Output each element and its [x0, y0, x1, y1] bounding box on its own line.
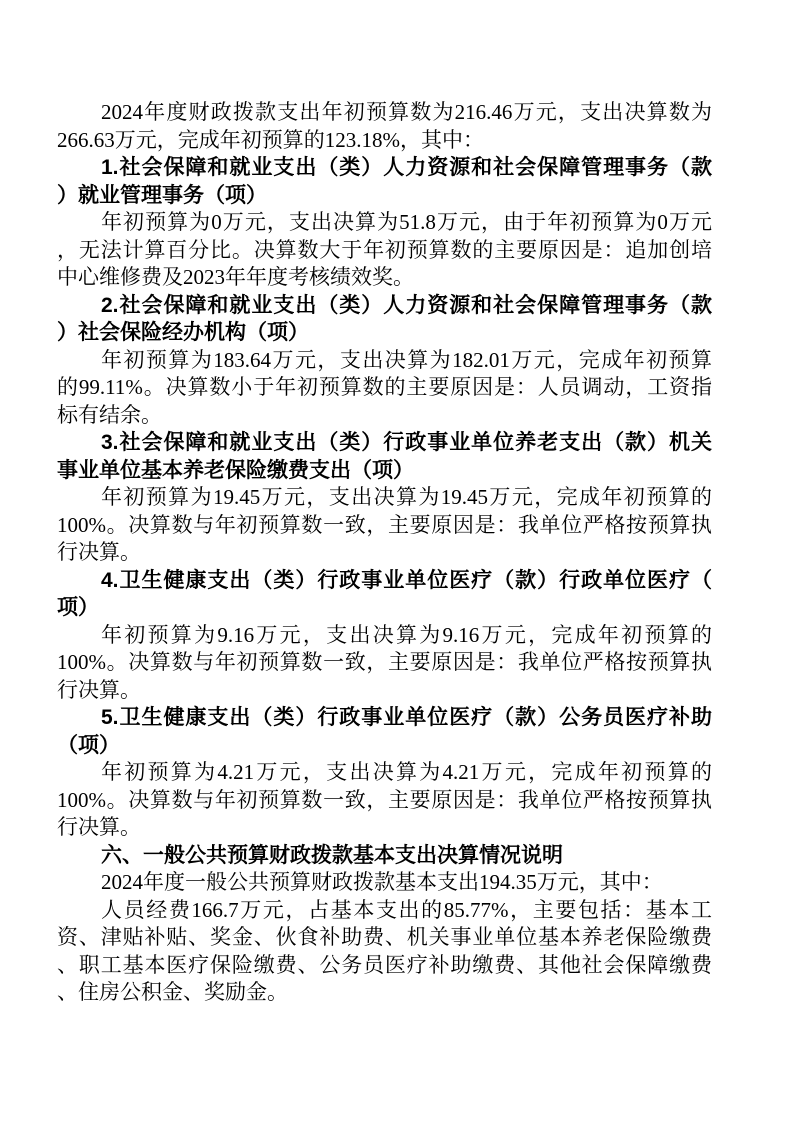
text-line: 100%。决算数与年初预算数一致，主要原因是：我单位严格按预算执: [57, 649, 712, 677]
text-line: 年初预算为183.64万元，支出决算为182.01万元，完成年初预算: [57, 347, 712, 375]
section-heading: 六、一般公共预算财政拨款基本支出决算情况说明: [57, 842, 712, 870]
section-heading: 4.卫生健康支出（类）行政事业单位医疗（款）行政单位医疗（项）: [57, 567, 712, 622]
text-line: 100%。决算数与年初预算数一致，主要原因是：我单位严格按预算执: [57, 512, 712, 540]
section-heading: 3.社会保障和就业支出（类）行政事业单位养老支出（款）机关事业单位基本养老保险缴…: [57, 429, 712, 484]
section-heading: 1.社会保障和就业支出（类）人力资源和社会保障管理事务（款）就业管理事务（项）: [57, 154, 712, 209]
text-line: 4.卫生健康支出（类）行政事业单位医疗（款）行政单位医疗（: [57, 567, 712, 595]
text-line: 标有结余。: [57, 402, 712, 430]
text-line: 266.63万元，完成年初预算的123.18%，其中：: [57, 127, 712, 155]
paragraph: 年初预算为19.45万元，支出决算为19.45万元，完成年初预算的100%。决算…: [57, 484, 712, 567]
text-line: ，无法计算百分比。决算数大于年初预算数的主要原因是：追加创培: [57, 237, 712, 265]
paragraph: 年初预算为4.21万元，支出决算为4.21万元，完成年初预算的100%。决算数与…: [57, 759, 712, 842]
text-line: 年初预算为4.21万元，支出决算为4.21万元，完成年初预算的: [57, 759, 712, 787]
text-line: 年初预算为9.16万元，支出决算为9.16万元，完成年初预算的: [57, 622, 712, 650]
section-heading: 2.社会保障和就业支出（类）人力资源和社会保障管理事务（款）社会保险经办机构（项…: [57, 292, 712, 347]
paragraph: 年初预算为183.64万元，支出决算为182.01万元，完成年初预算的99.11…: [57, 347, 712, 430]
text-line: （项）: [57, 732, 712, 760]
text-line: 2024年度财政拨款支出年初预算数为216.46万元，支出决算数为: [57, 99, 712, 127]
text-line: 资、津贴补贴、奖金、伙食补助费、机关事业单位基本养老保险缴费: [57, 924, 712, 952]
text-line: 项）: [57, 594, 712, 622]
document-content: 2024年度财政拨款支出年初预算数为216.46万元，支出决算数为266.63万…: [57, 99, 712, 1007]
text-line: 100%。决算数与年初预算数一致，主要原因是：我单位严格按预算执: [57, 787, 712, 815]
text-line: 行决算。: [57, 814, 712, 842]
text-line: 中心维修费及2023年年度考核绩效奖。: [57, 264, 712, 292]
text-line: ）就业管理事务（项）: [57, 182, 712, 210]
text-line: 、职工基本医疗保险缴费、公务员医疗补助缴费、其他社会保障缴费: [57, 952, 712, 980]
paragraph: 2024年度财政拨款支出年初预算数为216.46万元，支出决算数为266.63万…: [57, 99, 712, 154]
text-line: 年初预算为19.45万元，支出决算为19.45万元，完成年初预算的: [57, 484, 712, 512]
text-line: 、住房公积金、奖励金。: [57, 979, 712, 1007]
paragraph: 年初预算为0万元，支出决算为51.8万元，由于年初预算为0万元，无法计算百分比。…: [57, 209, 712, 292]
text-line: 年初预算为0万元，支出决算为51.8万元，由于年初预算为0万元: [57, 209, 712, 237]
paragraph: 年初预算为9.16万元，支出决算为9.16万元，完成年初预算的100%。决算数与…: [57, 622, 712, 705]
text-line: 2024年度一般公共预算财政拨款基本支出194.35万元，其中：: [57, 869, 712, 897]
document-page: 2024年度财政拨款支出年初预算数为216.46万元，支出决算数为266.63万…: [0, 0, 793, 1122]
paragraph: 人员经费166.7万元，占基本支出的85.77%，主要包括：基本工资、津贴补贴、…: [57, 897, 712, 1007]
text-line: ）社会保险经办机构（项）: [57, 319, 712, 347]
text-line: 事业单位基本养老保险缴费支出（项）: [57, 457, 712, 485]
text-line: 行决算。: [57, 677, 712, 705]
paragraph: 2024年度一般公共预算财政拨款基本支出194.35万元，其中：: [57, 869, 712, 897]
section-heading: 5.卫生健康支出（类）行政事业单位医疗（款）公务员医疗补助（项）: [57, 704, 712, 759]
text-line: 六、一般公共预算财政拨款基本支出决算情况说明: [57, 842, 712, 870]
text-line: 2.社会保障和就业支出（类）人力资源和社会保障管理事务（款: [57, 292, 712, 320]
text-line: 1.社会保障和就业支出（类）人力资源和社会保障管理事务（款: [57, 154, 712, 182]
text-line: 行决算。: [57, 539, 712, 567]
text-line: 3.社会保障和就业支出（类）行政事业单位养老支出（款）机关: [57, 429, 712, 457]
text-line: 的99.11%。决算数小于年初预算数的主要原因是：人员调动，工资指: [57, 374, 712, 402]
text-line: 人员经费166.7万元，占基本支出的85.77%，主要包括：基本工: [57, 897, 712, 925]
text-line: 5.卫生健康支出（类）行政事业单位医疗（款）公务员医疗补助: [57, 704, 712, 732]
